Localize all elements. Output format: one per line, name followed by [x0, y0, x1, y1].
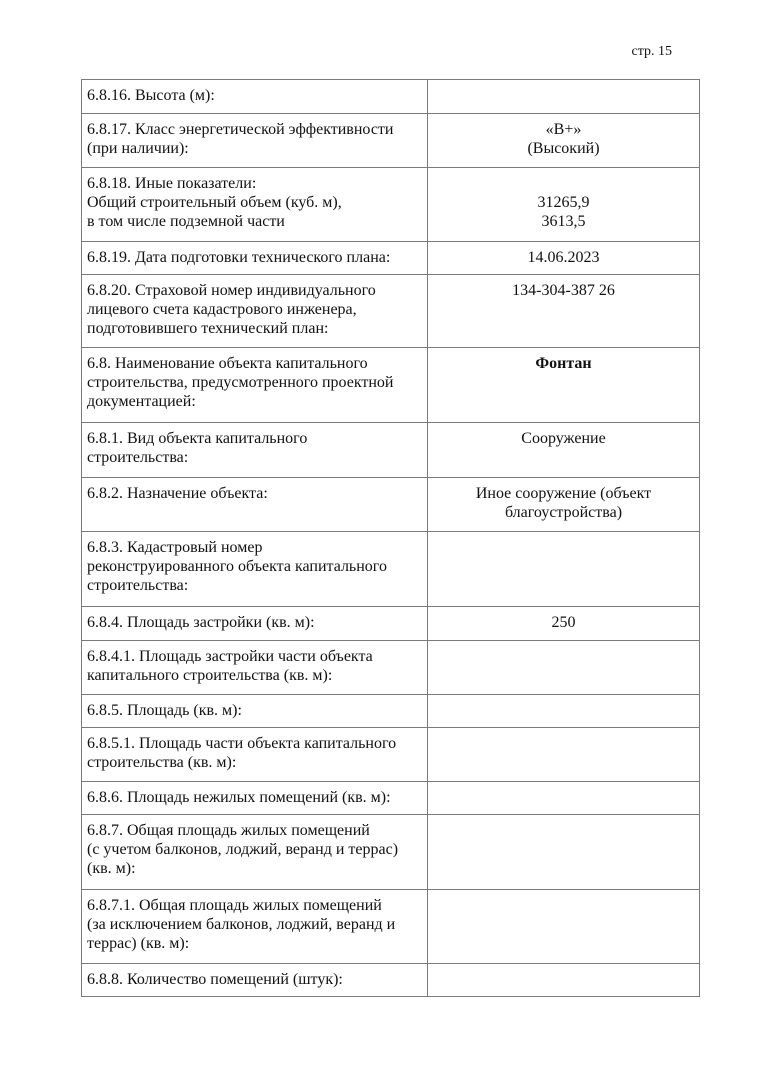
field-value [428, 815, 700, 890]
label-line: 6.8. Наименование объекта капитального [87, 354, 422, 373]
value-line: 31265,9 [433, 193, 694, 212]
table-row: 6.8.5. Площадь (кв. м): [82, 695, 700, 728]
field-value [428, 532, 700, 607]
value-line: 134-304-387 26 [433, 281, 694, 300]
table-row: 6.8.5.1. Площадь части объекта капитальн… [82, 728, 700, 782]
field-label: 6.8.4.1. Площадь застройки части объекта… [82, 641, 428, 695]
label-line: 6.8.7. Общая площадь жилых помещений [87, 821, 422, 840]
field-value: «В+»(Высокий) [428, 114, 700, 168]
field-value: Фонтан [428, 348, 700, 423]
field-label: 6.8.7.1. Общая площадь жилых помещений(з… [82, 890, 428, 964]
table-row: 6.8.8. Количество помещений (штук): [82, 964, 700, 997]
value-line [433, 174, 694, 193]
label-line: 6.8.5. Площадь (кв. м): [87, 701, 422, 720]
field-label: 6.8.20. Страховой номер индивидуальногол… [82, 275, 428, 348]
label-line: 6.8.5.1. Площадь части объекта капитальн… [87, 734, 422, 753]
field-value [428, 728, 700, 782]
table-row: 6.8.18. Иные показатели:Общий строительн… [82, 168, 700, 242]
label-line: капитального строительства (кв. м): [87, 666, 422, 685]
value-line: Иное сооружение (объект [433, 484, 694, 503]
label-line: (кв. м): [87, 859, 422, 878]
label-line: в том числе подземной части [87, 212, 422, 231]
table-row: 6.8.19. Дата подготовки технического пла… [82, 242, 700, 275]
field-value [428, 695, 700, 728]
label-line: (с учетом балконов, лоджий, веранд и тер… [87, 840, 422, 859]
label-line: реконструированного объекта капитального [87, 557, 422, 576]
label-line: лицевого счета кадастрового инженера, [87, 300, 422, 319]
technical-plan-table: 6.8.16. Высота (м):6.8.17. Класс энергет… [81, 79, 700, 997]
value-line: 14.06.2023 [433, 248, 694, 267]
label-line: 6.8.6. Площадь нежилых помещений (кв. м)… [87, 788, 422, 807]
label-line: 6.8.4. Площадь застройки (кв. м): [87, 613, 422, 632]
label-line: террас) (кв. м): [87, 934, 422, 953]
field-label: 6.8.4. Площадь застройки (кв. м): [82, 607, 428, 641]
table-row: 6.8.17. Класс энергетической эффективнос… [82, 114, 700, 168]
label-line: строительства, предусмотренного проектно… [87, 373, 422, 392]
label-line: 6.8.20. Страховой номер индивидуального [87, 281, 422, 300]
table-row: 6.8. Наименование объекта капитальногост… [82, 348, 700, 423]
label-line: 6.8.7.1. Общая площадь жилых помещений [87, 896, 422, 915]
value-line: Фонтан [433, 354, 694, 373]
label-line: (за исключением балконов, лоджий, веранд… [87, 915, 422, 934]
field-label: 6.8.7. Общая площадь жилых помещений(с у… [82, 815, 428, 890]
label-line: 6.8.19. Дата подготовки технического пла… [87, 248, 422, 267]
field-label: 6.8.2. Назначение объекта: [82, 478, 428, 532]
table-row: 6.8.2. Назначение объекта:Иное сооружени… [82, 478, 700, 532]
table-row: 6.8.7.1. Общая площадь жилых помещений(з… [82, 890, 700, 964]
field-value [428, 782, 700, 815]
field-value: 134-304-387 26 [428, 275, 700, 348]
value-line: 250 [433, 613, 694, 632]
field-label: 6.8.18. Иные показатели:Общий строительн… [82, 168, 428, 242]
field-value: 31265,93613,5 [428, 168, 700, 242]
field-label: 6.8. Наименование объекта капитальногост… [82, 348, 428, 423]
table-row: 6.8.20. Страховой номер индивидуальногол… [82, 275, 700, 348]
label-line: документацией: [87, 392, 422, 411]
value-line: благоустройства) [433, 503, 694, 522]
value-line: «В+» [433, 120, 694, 139]
label-line: 6.8.17. Класс энергетической эффективнос… [87, 120, 422, 139]
field-value: Иное сооружение (объектблагоустройства) [428, 478, 700, 532]
label-line: 6.8.2. Назначение объекта: [87, 484, 422, 503]
label-line: 6.8.18. Иные показатели: [87, 174, 422, 193]
label-line: строительства (кв. м): [87, 753, 422, 772]
page-number: стр. 15 [631, 44, 672, 60]
label-line: 6.8.8. Количество помещений (штук): [87, 970, 422, 989]
field-value: 250 [428, 607, 700, 641]
value-line: Сооружение [433, 429, 694, 448]
label-line: Общий строительный объем (куб. м), [87, 193, 422, 212]
label-line: 6.8.16. Высота (м): [87, 86, 422, 105]
table-row: 6.8.6. Площадь нежилых помещений (кв. м)… [82, 782, 700, 815]
table-row: 6.8.16. Высота (м): [82, 80, 700, 114]
label-line: 6.8.3. Кадастровый номер [87, 538, 422, 557]
table-row: 6.8.4.1. Площадь застройки части объекта… [82, 641, 700, 695]
field-label: 6.8.1. Вид объекта капитальногостроитель… [82, 423, 428, 478]
field-value [428, 964, 700, 997]
label-line: строительства: [87, 448, 422, 467]
field-label: 6.8.5. Площадь (кв. м): [82, 695, 428, 728]
field-label: 6.8.16. Высота (м): [82, 80, 428, 114]
table-row: 6.8.3. Кадастровый номерреконструированн… [82, 532, 700, 607]
label-line: (при наличии): [87, 139, 422, 158]
field-label: 6.8.19. Дата подготовки технического пла… [82, 242, 428, 275]
label-line: подготовившего технический план: [87, 319, 422, 338]
table-row: 6.8.7. Общая площадь жилых помещений(с у… [82, 815, 700, 890]
field-value [428, 641, 700, 695]
field-value: 14.06.2023 [428, 242, 700, 275]
field-label: 6.8.8. Количество помещений (штук): [82, 964, 428, 997]
field-label: 6.8.6. Площадь нежилых помещений (кв. м)… [82, 782, 428, 815]
field-value [428, 80, 700, 114]
table-row: 6.8.1. Вид объекта капитальногостроитель… [82, 423, 700, 478]
table-row: 6.8.4. Площадь застройки (кв. м):250 [82, 607, 700, 641]
label-line: 6.8.4.1. Площадь застройки части объекта [87, 647, 422, 666]
label-line: строительства: [87, 576, 422, 595]
value-line: 3613,5 [433, 212, 694, 231]
field-label: 6.8.17. Класс энергетической эффективнос… [82, 114, 428, 168]
label-line: 6.8.1. Вид объекта капитального [87, 429, 422, 448]
field-label: 6.8.5.1. Площадь части объекта капитальн… [82, 728, 428, 782]
field-value: Сооружение [428, 423, 700, 478]
field-value [428, 890, 700, 964]
value-line: (Высокий) [433, 139, 694, 158]
field-label: 6.8.3. Кадастровый номерреконструированн… [82, 532, 428, 607]
